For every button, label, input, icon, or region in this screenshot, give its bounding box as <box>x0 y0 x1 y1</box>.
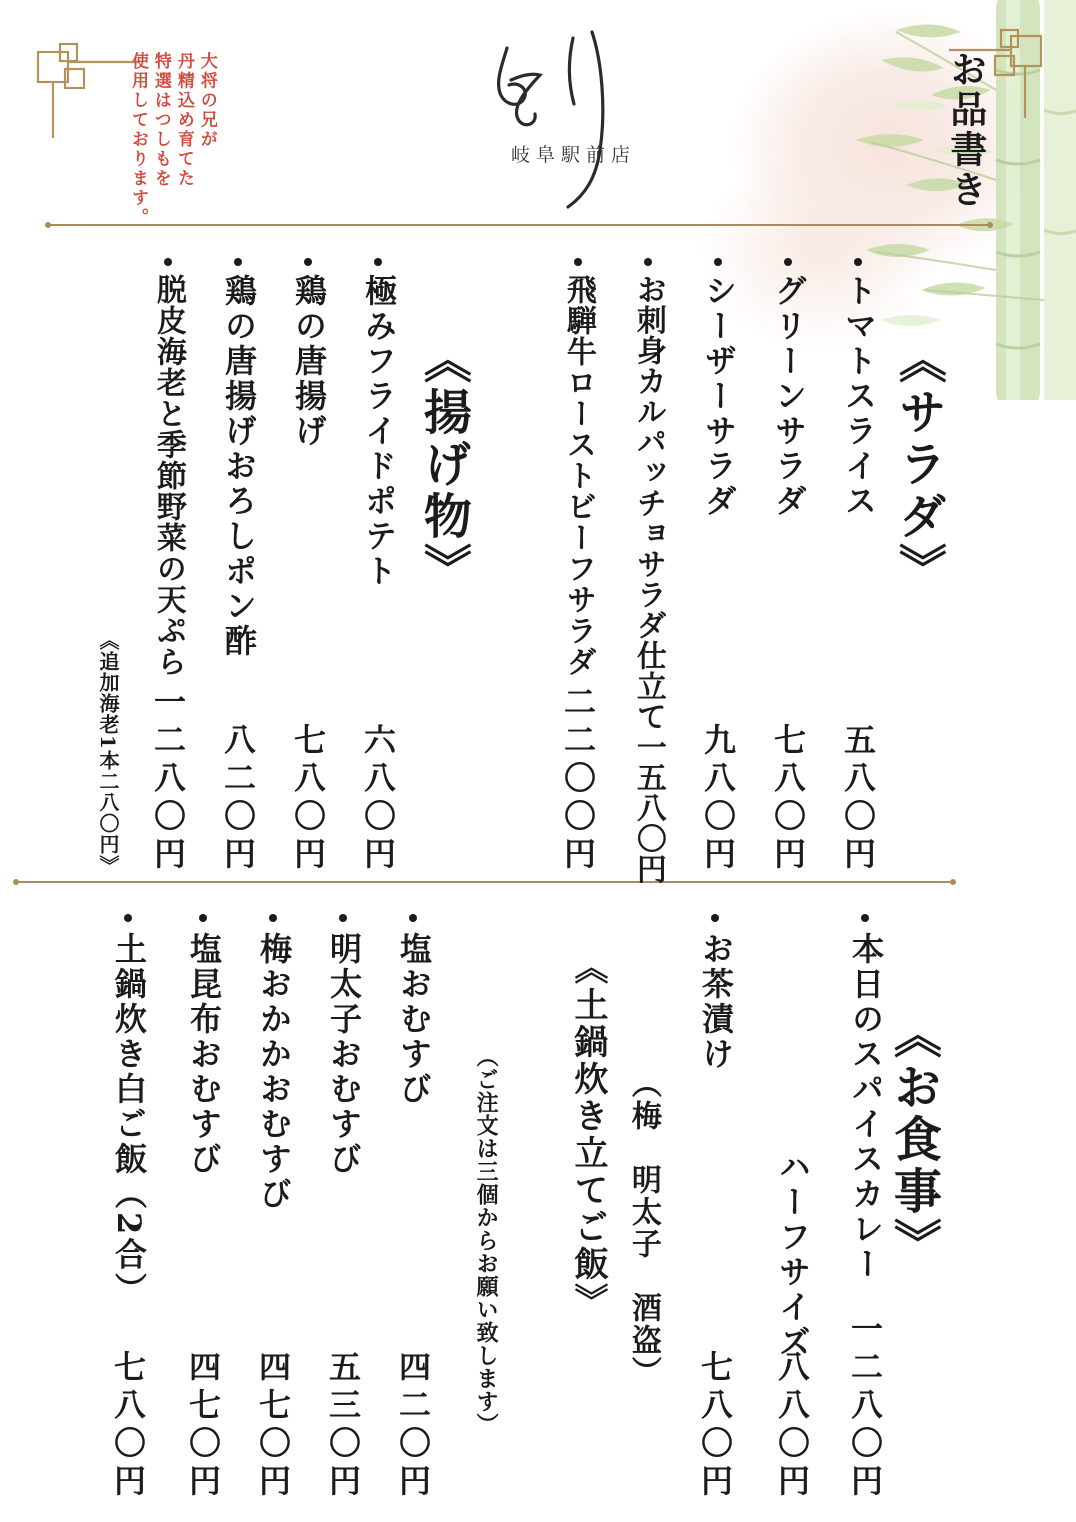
seasonal-note: 大将の兄が 丹精込め育てた 特選はつしもを 使用しております。 <box>126 52 218 228</box>
note-text: （ご注文は三個からお願い致します） <box>474 1045 498 1436</box>
menu-item-mentaiko-omusubi: 明太子おむすび 五三〇円 <box>308 900 378 1512</box>
menu-page: { "header": { "title": "お品書き" }, "logo":… <box>0 0 1076 1522</box>
menu-item-donabe-white-rice: 土鍋炊き白ご飯（2合） 七八〇円 <box>91 900 165 1512</box>
gold-corner-ornament-left <box>30 42 140 142</box>
menu-item-caesar-salad: シーザーサラダ 九八〇円 <box>683 250 753 880</box>
page-title: お品書き <box>946 50 985 210</box>
item-name: 脱皮海老と季節野菜の天ぷら <box>152 274 184 677</box>
item-name: シーザーサラダ <box>701 274 735 519</box>
menu-section-bottom: 《お食事》 本日のスパイスカレー 一二八〇円 ハーフサイズ 八八〇円 お茶漬け … <box>0 900 1076 1512</box>
item-price: 七八〇円 <box>772 723 804 875</box>
item-name: グリーンサラダ <box>771 274 805 519</box>
bullet-icon <box>339 914 347 922</box>
menu-item-green-salad: グリーンサラダ 七八〇円 <box>753 250 823 880</box>
item-price: 四七〇円 <box>257 1350 289 1502</box>
bullet-icon <box>199 914 207 922</box>
bullet-icon <box>854 258 862 266</box>
item-price: 四七〇円 <box>187 1350 219 1502</box>
bullet-icon <box>374 258 382 266</box>
item-name: 本日のスパイスカレー <box>848 932 882 1282</box>
item-name: 明太子おむすび <box>326 932 360 1177</box>
item-price: 七八〇円 <box>292 723 324 875</box>
menu-item-shio-omusubi: 塩おむすび 四二〇円 <box>378 900 448 1512</box>
rice-order-note: （ご注文は三個からお願い致します） <box>456 900 516 1512</box>
extra-shrimp-footnote: 《追加海老1本二八〇円》 <box>80 250 136 880</box>
menu-item-spice-curry: 本日のスパイスカレー 一二八〇円 <box>830 900 900 1512</box>
annotation-text: （梅 明太子 酒盗） <box>627 1068 659 1388</box>
item-name: お茶漬け <box>698 932 732 1072</box>
item-name: 鶏の唐揚げおろしポン酢 <box>221 274 255 659</box>
seasonal-note-line: 使用しております。 <box>126 52 149 228</box>
menu-item-tomato-slice: トマトスライス 五八〇円 <box>823 250 893 880</box>
divider-line <box>16 881 953 883</box>
bullet-icon <box>409 914 417 922</box>
menu-item-ochazuke: お茶漬け 七八〇円 <box>680 900 750 1512</box>
menu-item-shiokonbu-omusubi: 塩昆布おむすび 四七〇円 <box>168 900 238 1512</box>
item-name: 飛騨牛ローストビーフサラダ <box>562 274 594 677</box>
bullet-icon <box>164 258 172 266</box>
item-price: 一二八〇円 <box>849 1312 881 1502</box>
menu-item-hida-beef-salad: 飛騨牛ローストビーフサラダ 二二〇〇円 <box>543 250 613 880</box>
bullet-icon <box>234 258 242 266</box>
item-name: 土鍋炊き白ご飯（2合） <box>111 932 145 1307</box>
salad-section-header: 《サラダ》 <box>893 335 943 595</box>
rice-section-header: 《土鍋炊き立てご飯》 <box>521 950 605 1320</box>
item-price: 九八〇円 <box>702 723 734 875</box>
seasonal-note-line: 特選はつしもを <box>149 52 172 228</box>
bullet-icon <box>784 258 792 266</box>
bullet-icon <box>711 914 719 922</box>
menu-item-ume-okaka-omusubi: 梅おかかおむすび 四七〇円 <box>238 900 308 1512</box>
menu-section-top: 《サラダ》 トマトスライス 五八〇円 グリーンサラダ 七八〇円 シーザーサラダ … <box>0 250 1076 880</box>
menu-item-carpaccio-salad: お刺身カルパッチョサラダ仕立て一五八〇円 <box>613 250 683 880</box>
menu-item-half-size: ハーフサイズ 八八〇円 <box>757 900 827 1512</box>
item-price: 八二〇円 <box>222 723 254 875</box>
logo-calligraphy-torori <box>455 18 625 213</box>
item-price: 二二〇〇円 <box>562 685 594 875</box>
menu-item-shrimp-tempura: 脱皮海老と季節野菜の天ぷら 一二八〇円 <box>133 250 203 880</box>
bullet-icon <box>574 258 582 266</box>
logo-branch-label: 岐阜駅前店 <box>511 140 636 167</box>
item-name: お刺身カルパッチョサラダ仕立て <box>631 274 666 732</box>
item-price: 五八〇円 <box>842 723 874 875</box>
item-name-and-price: お刺身カルパッチョサラダ仕立て一五八〇円 <box>632 274 664 884</box>
item-name: 鶏の唐揚げ <box>291 274 325 449</box>
item-price: 一五八〇円 <box>631 732 666 885</box>
item-price: 七八〇円 <box>699 1350 731 1502</box>
item-name: トマトスライス <box>841 274 875 519</box>
bullet-icon <box>124 914 132 922</box>
item-name: 塩昆布おむすび <box>186 932 220 1177</box>
item-price: 六八〇円 <box>362 723 394 875</box>
item-price: 八八〇円 <box>776 1350 808 1502</box>
footnote-text: 《追加海老1本二八〇円》 <box>97 630 119 876</box>
seasonal-note-line: 丹精込め育てた <box>172 52 195 228</box>
item-price: 四二〇円 <box>397 1350 429 1502</box>
bullet-icon <box>861 914 869 922</box>
item-name: 塩おむすび <box>396 932 430 1107</box>
item-name: 極みフライドポテト <box>361 274 395 589</box>
fried-section-header: 《揚げ物》 <box>418 335 468 595</box>
bullet-icon <box>644 258 652 266</box>
item-price: 一二八〇円 <box>152 685 184 875</box>
item-price: 五三〇円 <box>327 1350 359 1502</box>
divider-line <box>48 224 990 226</box>
menu-item-karaage: 鶏の唐揚げ 七八〇円 <box>273 250 343 880</box>
ochazuke-flavor-annotation: （梅 明太子 酒盗） <box>610 900 676 1512</box>
seasonal-note-line: 大将の兄が <box>195 52 218 228</box>
item-price: 七八〇円 <box>112 1350 144 1502</box>
bullet-icon <box>304 258 312 266</box>
bullet-icon <box>714 258 722 266</box>
menu-item-fried-potato: 極みフライドポテト 六八〇円 <box>343 250 413 880</box>
item-name: 梅おかかおむすび <box>256 932 290 1212</box>
item-name: ハーフサイズ <box>775 1150 809 1360</box>
menu-item-karaage-ponzu: 鶏の唐揚げおろしポン酢 八二〇円 <box>203 250 273 880</box>
bullet-icon <box>269 914 277 922</box>
